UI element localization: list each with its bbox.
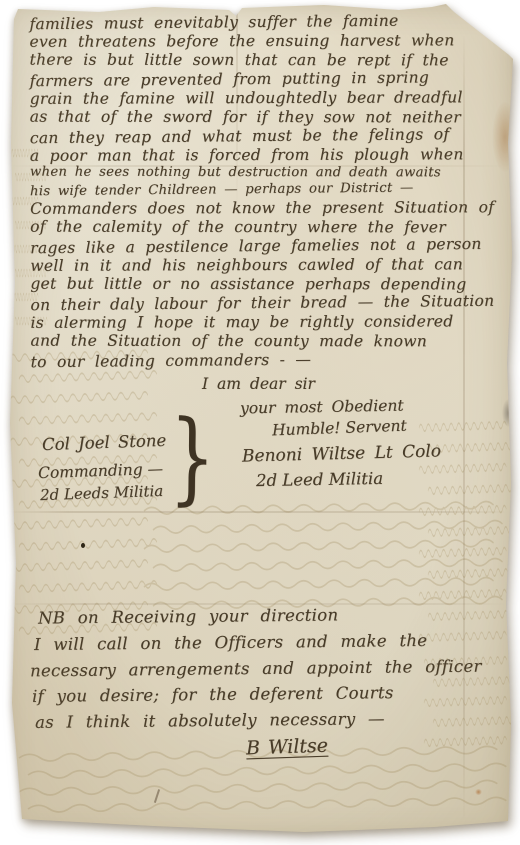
letter-line: well in it and his neighbours cawled of … xyxy=(30,255,494,276)
pencil-smudge xyxy=(502,399,515,427)
letter-line: there is but little sown that can be rep… xyxy=(30,51,494,71)
signature-b-wiltse: B Wiltse xyxy=(246,735,329,760)
addressee-title: Commanding — xyxy=(38,460,164,482)
addressee-brace: } xyxy=(169,411,216,504)
letter-line: a poor man that is forced from his ploug… xyxy=(30,145,494,166)
stray-pen-mark xyxy=(154,789,160,803)
letter-line: and the Situation of the county made kno… xyxy=(31,332,495,352)
postscript-line: as I think it absolutely necessary — xyxy=(35,709,385,732)
postscript-line: NB on Receiving your direction xyxy=(38,605,339,627)
fold-crease-horizontal-lower xyxy=(8,603,508,605)
edge-stain xyxy=(492,101,518,173)
postscript-line: necessary arrengements and appoint the o… xyxy=(30,657,482,681)
fold-crease-horizontal xyxy=(8,511,508,513)
addressee-name: Col Joel Stone xyxy=(42,431,167,454)
letter-paper: families must enevitably suffer the fami… xyxy=(4,3,514,839)
signature-unit: 2d Leed Militia xyxy=(256,469,383,490)
closing-salutation: I am dear sir xyxy=(202,375,315,393)
letter-line: get but little or no assistance perhaps … xyxy=(30,275,494,295)
postscript-line: I will call on the Officers and make the xyxy=(34,631,428,654)
rust-speck xyxy=(475,789,482,795)
letter-line: Commanders does not know the present Sit… xyxy=(30,198,494,219)
letter-line: as that of the sword for if they sow not… xyxy=(30,108,494,128)
letter-line: grain the famine will undoughtedly bear … xyxy=(30,88,494,109)
letter-line: to our leading commanders - — xyxy=(31,349,495,372)
signature-benoni-wiltse: Benoni Wiltse Lt Colo xyxy=(242,441,442,466)
postscript-line: if you desire; for the deferent Courts xyxy=(32,683,394,706)
closing-obedient: your most Obedient xyxy=(240,397,404,418)
addressee-unit: 2d Leeds Militia xyxy=(40,482,164,504)
paper-shadow-wrap: families must enevitably suffer the fami… xyxy=(4,3,514,839)
letter-line: is alerming I hope it may be rightly con… xyxy=(30,312,494,333)
letter-line: even threatens before the ensuing harves… xyxy=(29,31,493,52)
closing-humble-servant: Humble! Servent xyxy=(272,417,407,440)
letter-line: of the calemity of the country where the… xyxy=(30,218,494,238)
letter-body: families must enevitably suffer the fami… xyxy=(29,12,494,371)
ink-blot xyxy=(81,543,85,548)
scanned-letter-page: families must enevitably suffer the fami… xyxy=(0,0,520,845)
